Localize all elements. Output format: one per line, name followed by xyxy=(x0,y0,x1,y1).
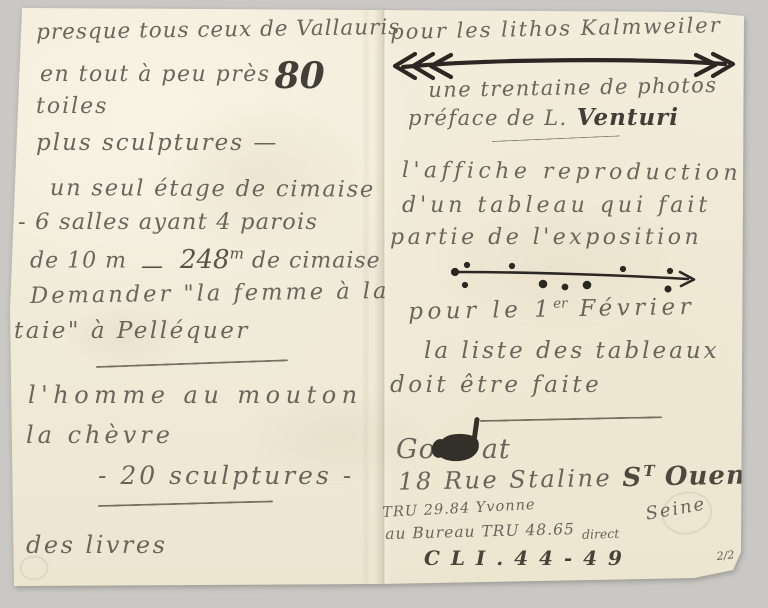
venturi-name: Venturi xyxy=(568,104,679,131)
phone-office-number: au Bureau TRU 48.65 xyxy=(385,520,575,543)
underline-stroke xyxy=(98,500,273,507)
right-line-preface: préface de L. Venturi xyxy=(408,104,679,131)
right-line-faite: doit être faite xyxy=(390,372,602,398)
right-line-preface-text: préface de L. xyxy=(408,106,568,130)
phone-office-note: au Bureau TRU 48.65direct xyxy=(385,519,620,547)
phone-office-direct: direct xyxy=(582,526,620,542)
left-line-metres-b: de cimaise xyxy=(244,249,381,274)
right-line-affiche: l'affiche reproduction xyxy=(402,158,742,186)
right-line-gosnat: Goat xyxy=(396,434,511,465)
underline-stroke xyxy=(96,359,288,368)
city-name: Ouen xyxy=(655,461,747,493)
left-line-pellequer: taie" à Pelléquer xyxy=(14,318,250,344)
ink-blot xyxy=(436,432,481,463)
dash-stroke: — xyxy=(141,254,164,279)
right-line-fevrier-b: Février xyxy=(567,294,695,322)
right-line-fevrier: pour le 1er Février xyxy=(408,294,695,325)
right-line-liste: la liste des tableaux xyxy=(424,338,720,364)
paper-shadow-wrap: presque tous ceux de Vallauris en tout à… xyxy=(0,0,768,608)
underline-stroke xyxy=(480,416,662,422)
embossed-stamp xyxy=(20,556,48,580)
left-line-plus-sculptures: plus sculptures — xyxy=(36,130,278,156)
right-line-lithos: pour les lithos Kalmweiler xyxy=(390,13,722,44)
left-line-demander: Demander "la femme à la xyxy=(30,278,390,309)
left-line-metres: de 10 m—248m de cimaise xyxy=(30,244,381,275)
page-marker: 2/2 xyxy=(716,548,735,563)
name-prefix: Go xyxy=(396,434,436,465)
dotted-line-arrow-icon xyxy=(448,261,698,293)
street-address: 18 Rue Staline xyxy=(398,464,623,496)
left-line-metres-a: de 10 m xyxy=(30,249,127,274)
phone-home-note: TRU 29.84 Yvonne xyxy=(382,497,536,521)
left-line-20-sculptures: - 20 sculptures - xyxy=(98,461,354,490)
left-line-total: en tout à peu près80 xyxy=(40,55,325,97)
note-paper: presque tous ceux de Vallauris en tout à… xyxy=(0,0,768,608)
right-line-fevrier-a: pour le 1 xyxy=(408,296,554,325)
cimaise-length-number: 248m xyxy=(180,245,244,275)
phone-cli-number: C L I . 4 4 - 4 9 xyxy=(424,546,624,570)
canvas-count-number: 80 xyxy=(275,55,325,97)
right-line-address: 18 Rue Staline ST Ouen xyxy=(398,460,746,497)
right-line-photos: une trentaine de photos xyxy=(428,73,718,102)
ordinal-superscript: er xyxy=(553,297,568,312)
right-line-exposition: partie de l'exposition xyxy=(390,225,702,250)
left-line-total-text: en tout à peu près xyxy=(40,62,271,87)
left-line-homme-mouton: l'homme au mouton xyxy=(28,381,363,409)
scanned-note-spread: presque tous ceux de Vallauris en tout à… xyxy=(0,0,768,608)
left-line-etage-cimaise: un seul étage de cimaise xyxy=(50,175,375,203)
left-line-salles: - 6 salles ayant 4 parois xyxy=(18,209,318,235)
left-line-toiles: toiles xyxy=(36,94,108,119)
left-line-chevre: la chèvre xyxy=(26,421,174,449)
underline-stroke xyxy=(492,135,620,142)
name-suffix: at xyxy=(482,434,511,465)
left-line-vallauris: presque tous ceux de Vallauris xyxy=(36,15,400,45)
left-line-des-livres: des livres xyxy=(26,531,167,559)
saint-abbrev: ST xyxy=(622,462,655,493)
right-line-tableau: d'un tableau qui fait xyxy=(402,193,711,218)
